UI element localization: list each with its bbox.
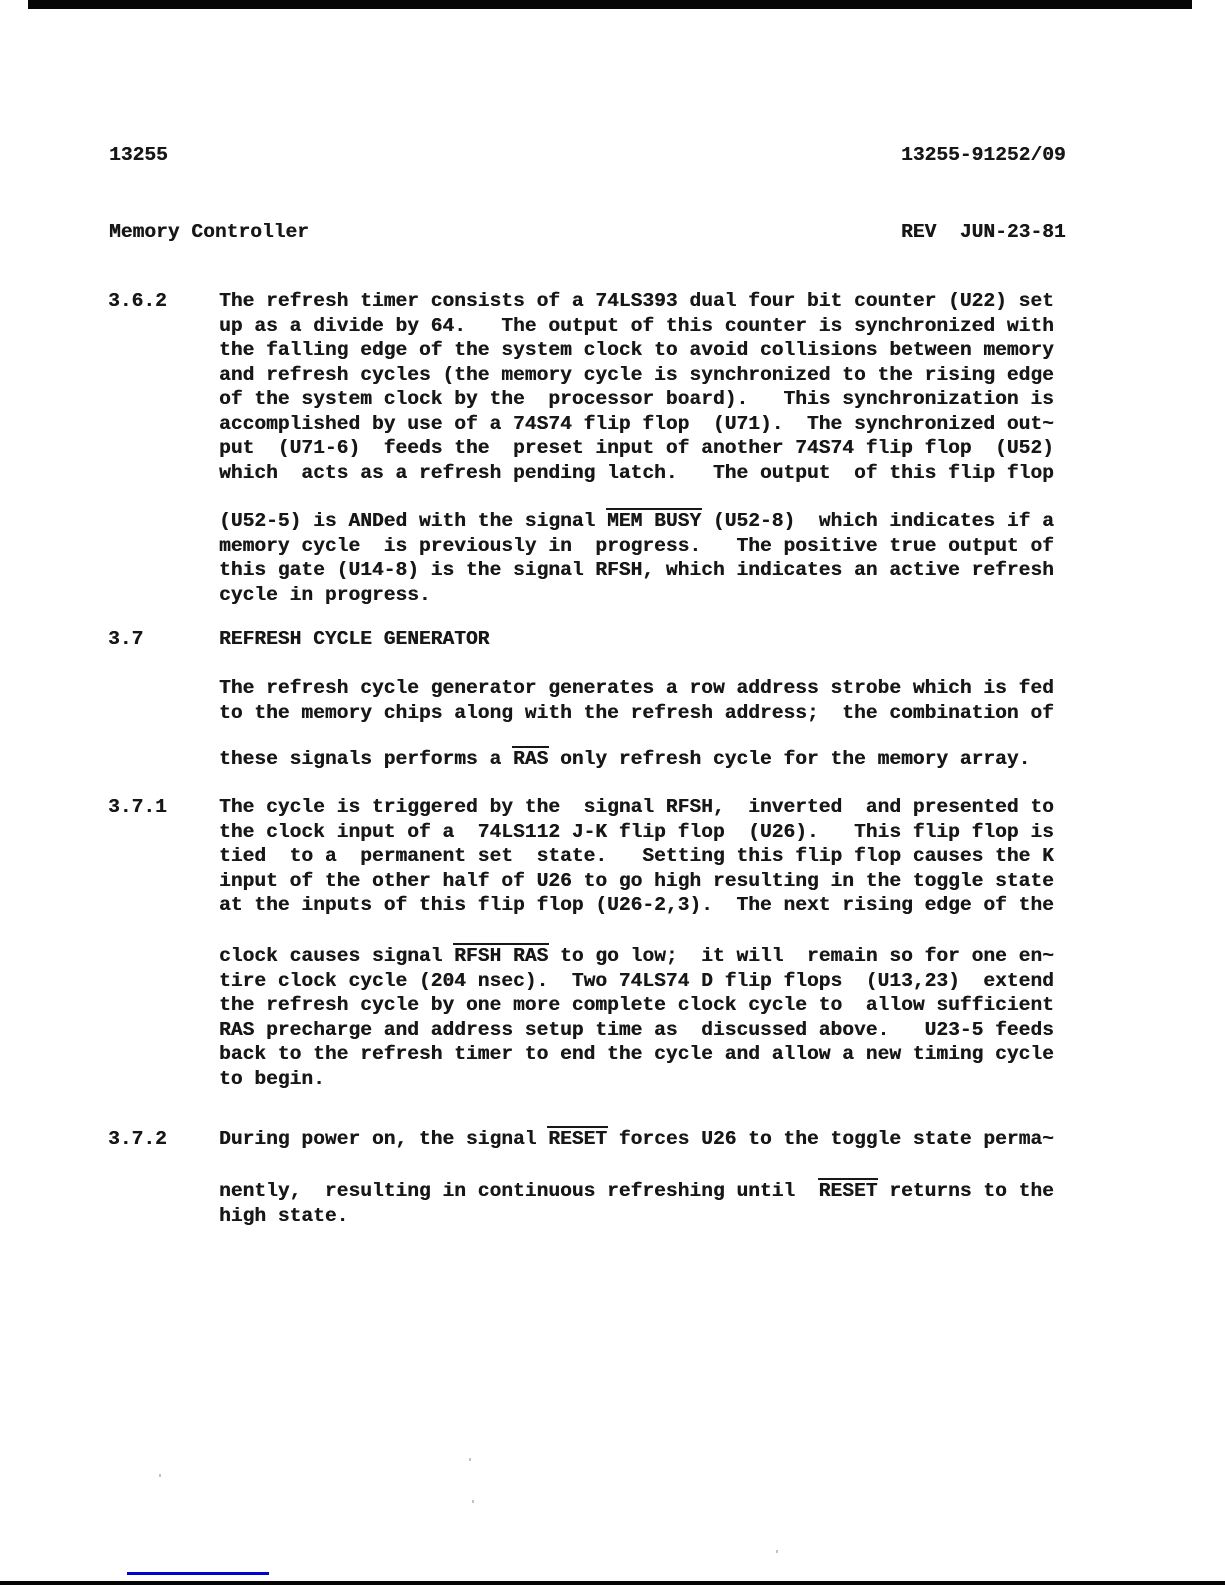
text-line: put (U71-6) feeds the preset input of an… <box>219 436 1054 461</box>
scan-speck <box>472 1500 474 1503</box>
text-line: tire clock cycle (204 nsec). Two 74LS74 … <box>219 969 1054 994</box>
text-line: memory cycle is previously in progress. … <box>219 534 1054 559</box>
paragraph-3-7-2-a: During power on, the signal RESET forces… <box>219 1127 1054 1152</box>
text-line: of the system clock by the processor boa… <box>219 387 1054 412</box>
text-line: these signals performs a RAS only refres… <box>219 747 1030 772</box>
text-line: the refresh cycle by one more complete c… <box>219 993 1054 1018</box>
text-line: accomplished by use of a 74S74 flip flop… <box>219 412 1054 437</box>
overlined-signal-name: RAS <box>513 747 548 772</box>
text-line: which acts as a refresh pending latch. T… <box>219 461 1054 486</box>
section-number-3-6-2: 3.6.2 <box>108 289 167 314</box>
text-line: up as a divide by 64. The output of this… <box>219 314 1054 339</box>
overlined-signal-name: MEM BUSY <box>607 509 701 534</box>
text-line: and refresh cycles (the memory cycle is … <box>219 363 1054 388</box>
text-line: to the memory chips along with the refre… <box>219 701 1054 726</box>
text-line: back to the refresh timer to end the cyc… <box>219 1042 1054 1067</box>
text-line: The refresh timer consists of a 74LS393 … <box>219 289 1054 314</box>
doc-number: 13255 <box>109 141 309 169</box>
paragraph-3-7-b: these signals performs a RAS only refres… <box>219 747 1030 772</box>
paragraph-3-7-1-b: clock causes signal RFSH RAS to go low; … <box>219 944 1054 1091</box>
text-line: this gate (U14-8) is the signal RFSH, wh… <box>219 558 1054 583</box>
scan-speck <box>159 1474 161 1477</box>
text-line: cycle in progress. <box>219 583 1054 608</box>
document-page: 13255 Memory Controller 13255-91252/09 R… <box>0 0 1225 1585</box>
text-line: the clock input of a 74LS112 J-K flip fl… <box>219 820 1054 845</box>
bottom-scan-bar <box>0 1581 1225 1585</box>
text-line: RAS precharge and address setup time as … <box>219 1018 1054 1043</box>
page-header-right: 13255-91252/09 REV JUN-23-81 <box>901 92 1066 295</box>
text-line: high state. <box>219 1204 1054 1229</box>
doc-title: Memory Controller <box>109 218 309 246</box>
text-line: nently, resulting in continuous refreshi… <box>219 1179 1054 1204</box>
paragraph-3-6-2-a: The refresh timer consists of a 74LS393 … <box>219 289 1054 485</box>
overlined-signal-name: RESET <box>548 1127 607 1152</box>
text-line: The refresh cycle generator generates a … <box>219 676 1054 701</box>
text-line: clock causes signal RFSH RAS to go low; … <box>219 944 1054 969</box>
text-line: to begin. <box>219 1067 1054 1092</box>
text-line: at the inputs of this flip flop (U26-2,3… <box>219 893 1054 918</box>
top-scan-bar <box>28 0 1192 9</box>
section-number-3-7-2: 3.7.2 <box>108 1127 167 1152</box>
doc-part-number: 13255-91252/09 <box>901 141 1066 169</box>
text-line: The cycle is triggered by the signal RFS… <box>219 795 1054 820</box>
section-heading-refresh-cycle-generator: REFRESH CYCLE GENERATOR <box>219 627 489 652</box>
page-header-left: 13255 Memory Controller <box>109 92 309 295</box>
overlined-signal-name: RFSH RAS <box>454 944 548 969</box>
paragraph-3-6-2-b: (U52-5) is ANDed with the signal MEM BUS… <box>219 509 1054 607</box>
text-line: tied to a permanent set state. Setting t… <box>219 844 1054 869</box>
text-line: During power on, the signal RESET forces… <box>219 1127 1054 1152</box>
text-line: (U52-5) is ANDed with the signal MEM BUS… <box>219 509 1054 534</box>
scan-speck <box>776 1550 778 1553</box>
text-line: the falling edge of the system clock to … <box>219 338 1054 363</box>
paragraph-3-7-a: The refresh cycle generator generates a … <box>219 676 1054 725</box>
overlined-signal-name: RESET <box>819 1179 878 1204</box>
paragraph-3-7-1-a: The cycle is triggered by the signal RFS… <box>219 795 1054 918</box>
text-line: input of the other half of U26 to go hig… <box>219 869 1054 894</box>
scan-speck <box>469 1458 471 1461</box>
section-number-3-7-1: 3.7.1 <box>108 795 167 820</box>
ink-underline <box>127 1572 269 1575</box>
paragraph-3-7-2-b: nently, resulting in continuous refreshi… <box>219 1179 1054 1228</box>
section-number-3-7: 3.7 <box>108 627 143 652</box>
doc-revision: REV JUN-23-81 <box>901 218 1066 246</box>
